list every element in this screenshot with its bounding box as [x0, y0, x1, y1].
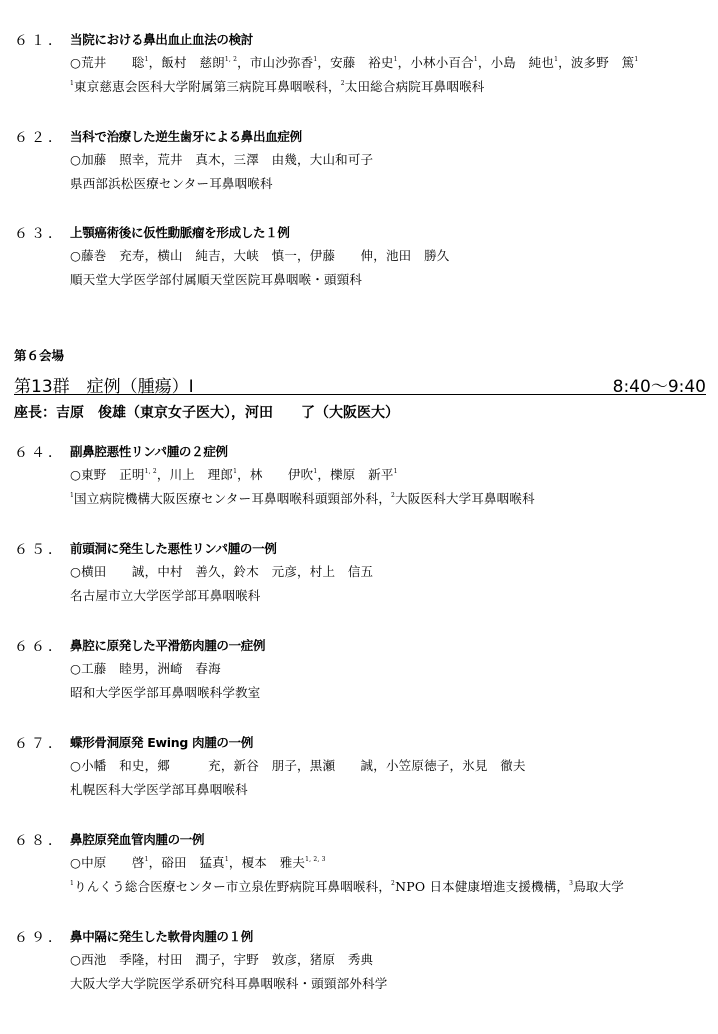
presentation-title: 鼻中隔に発生した軟骨肉腫の１例	[70, 928, 253, 946]
presentation-number: ６９．	[14, 928, 65, 946]
author-list: ○荒井 聡1，飯村 慈朗1, 2，市山沙弥香1，安藤 裕史1，小林小百合1，小島…	[70, 54, 638, 72]
author-name: 三澤 由幾	[234, 152, 298, 167]
author-name: 榎本 雅夫	[242, 855, 306, 870]
affiliation-list: 大阪大学大学院医学系研究科耳鼻咽喉科・頭頸部外科学	[70, 975, 388, 993]
author-name: ○加藤 照幸	[70, 152, 145, 167]
affiliation-name: 札幌医科大学医学部耳鼻咽喉科	[70, 782, 248, 797]
affiliation-marker: 1	[313, 56, 317, 63]
affiliation-list: 1りんくう総合医療センター市立泉佐野病院耳鼻咽喉科，2NPO 日本健康増進支援機…	[70, 878, 624, 896]
presentation-number: ６７．	[14, 734, 65, 752]
author-name: 郷 充	[157, 758, 221, 773]
presentation-number: ６５．	[14, 540, 65, 558]
presentation-title: 鼻腔に原発した平滑筋肉腫の一症例	[70, 637, 265, 655]
affiliation-name: 大阪医科大学耳鼻咽喉科	[395, 491, 535, 506]
author-name: 伊藤 伸	[310, 248, 374, 263]
presentation-title: 当院における鼻出血止血法の検討	[70, 31, 253, 49]
affiliation-name: 東京慈恵会医科大学附属第三病院耳鼻咽喉科	[74, 79, 328, 94]
affiliation-list: 1国立病院機構大阪医療センター耳鼻咽喉科頭頸部外科，2大阪医科大学耳鼻咽喉科	[70, 490, 535, 508]
affiliation-name: 名古屋市立大学医学部耳鼻咽喉科	[70, 588, 261, 603]
author-name: 波多野 篤	[571, 55, 635, 70]
author-list: ○横田 誠，中村 善久，鈴木 元彦，村上 信五	[70, 563, 373, 581]
affiliation-name: 太田総合病院耳鼻咽喉科	[345, 79, 485, 94]
affiliation-marker: 1	[554, 56, 558, 63]
author-name: 黒瀬 誠	[310, 758, 374, 773]
author-name: 川上 理郎	[170, 467, 234, 482]
presentation-title: 上顎癌術後に仮性動脈瘤を形成した１例	[70, 224, 290, 242]
affiliation-marker: 1	[634, 56, 638, 63]
author-list: ○小幡 和史，郷 充，新谷 朋子，黒瀬 誠，小笠原徳子，氷見 徹夫	[70, 757, 526, 775]
author-name: 村上 信五	[310, 564, 374, 579]
affiliation-list: 昭和大学医学部耳鼻咽喉科学教室	[70, 684, 261, 702]
author-name: 大山和可子	[310, 152, 374, 167]
presentation-title: 鼻腔原発血管肉腫の一例	[70, 831, 204, 849]
author-list: ○加藤 照幸，荒井 真木，三澤 由幾，大山和可子	[70, 151, 373, 169]
presentation-title: 前頭洞に発生した悪性リンパ腫の一例	[70, 540, 277, 558]
author-name: 横山 純吉	[157, 248, 221, 263]
affiliation-name: 国立病院機構大阪医療センター耳鼻咽喉科頭頸部外科	[74, 491, 378, 506]
author-name: 市山沙弥香	[250, 55, 314, 70]
author-name: 宇野 敦彦	[234, 952, 298, 967]
author-name: ○小幡 和史	[70, 758, 145, 773]
presentation-number: ６６．	[14, 637, 65, 655]
affiliation-list: 1東京慈恵会医科大学附属第三病院耳鼻咽喉科，2太田総合病院耳鼻咽喉科	[70, 78, 484, 96]
presentation-number: ６２．	[14, 128, 65, 146]
author-name: 安藤 裕史	[330, 55, 394, 70]
affiliation-name: 順天堂大学医学部付属順天堂医院耳鼻咽喉・頭頸科	[70, 272, 362, 287]
presentation-number: ６３．	[14, 224, 65, 242]
affiliation-marker: 1, 2	[225, 56, 237, 63]
session-time: 8:40〜9:40	[613, 372, 706, 397]
author-name: 櫟原 新平	[330, 467, 394, 482]
presentation-title: 副鼻腔悪性リンパ腫の２症例	[70, 443, 228, 461]
author-name: 大峡 慎一	[234, 248, 298, 263]
author-name: ○東野 正明	[70, 467, 145, 482]
affiliation-marker: 1	[233, 468, 237, 475]
presentation-number: ６８．	[14, 831, 65, 849]
author-name: 林 伊吹	[250, 467, 314, 482]
author-name: 硲田 猛真	[161, 855, 225, 870]
affiliation-list: 札幌医科大学医学部耳鼻咽喉科	[70, 781, 248, 799]
affiliation-name: 昭和大学医学部耳鼻咽喉科学教室	[70, 685, 261, 700]
affiliation-marker: 1	[394, 56, 398, 63]
venue-label: 第６会場	[14, 346, 64, 364]
author-name: ○西池 季隆	[70, 952, 145, 967]
affiliation-marker: 1	[225, 856, 229, 863]
author-name: 荒井 真木	[157, 152, 221, 167]
author-name: 中村 善久	[157, 564, 221, 579]
presentation-title: 蝶形骨洞原発 Ewing 肉腫の一例	[70, 734, 253, 752]
affiliation-name: りんくう総合医療センター市立泉佐野病院耳鼻咽喉科	[74, 879, 378, 894]
affiliation-marker: 1, 2, 3	[305, 856, 325, 863]
author-name: 鈴木 元彦	[234, 564, 298, 579]
presentation-number: ６４．	[14, 443, 65, 461]
affiliation-name: NPO 日本健康増進支援機構	[395, 879, 556, 894]
presentation-number: ６１．	[14, 31, 65, 49]
affiliation-marker: 1	[145, 56, 149, 63]
session-title: 第13群 症例（腫瘍）Ⅰ	[14, 372, 194, 397]
author-list: ○西池 季隆，村田 潤子，宇野 敦彦，猪原 秀典	[70, 951, 373, 969]
author-name: 洲崎 春海	[157, 661, 221, 676]
session-chairs: 座長：吉原 俊雄（東京女子医大），河田 了（大阪医大）	[14, 402, 399, 422]
author-name: 小林小百合	[410, 55, 474, 70]
author-name: 小島 純也	[491, 55, 555, 70]
author-name: 村田 潤子	[157, 952, 221, 967]
author-name: 飯村 慈朗	[161, 55, 225, 70]
author-list: ○中原 啓1，硲田 猛真1，榎本 雅夫1, 2, 3	[70, 854, 326, 872]
affiliation-list: 県西部浜松医療センター耳鼻咽喉科	[70, 175, 273, 193]
author-list: ○工藤 睦男，洲崎 春海	[70, 660, 221, 678]
affiliation-marker: 1	[474, 56, 478, 63]
author-name: 新谷 朋子	[234, 758, 298, 773]
author-list: ○東野 正明1, 2，川上 理郎1，林 伊吹1，櫟原 新平1	[70, 466, 398, 484]
author-name: ○中原 啓	[70, 855, 145, 870]
author-name: ○荒井 聡	[70, 55, 145, 70]
affiliation-name: 県西部浜松医療センター耳鼻咽喉科	[70, 176, 273, 191]
affiliation-list: 順天堂大学医学部付属順天堂医院耳鼻咽喉・頭頸科	[70, 271, 362, 289]
affiliation-list: 名古屋市立大学医学部耳鼻咽喉科	[70, 587, 261, 605]
author-name: 池田 勝久	[386, 248, 450, 263]
presentation-title: 当科で治療した逆生歯牙による鼻出血症例	[70, 128, 302, 146]
author-name: 氷見 徹夫	[462, 758, 526, 773]
session-header: 第13群 症例（腫瘍）Ⅰ 8:40〜9:40	[14, 370, 706, 395]
author-name: ○藤巻 充寿	[70, 248, 145, 263]
affiliation-name: 鳥取大学	[573, 879, 624, 894]
author-list: ○藤巻 充寿，横山 純吉，大峡 慎一，伊藤 伸，池田 勝久	[70, 247, 449, 265]
affiliation-marker: 1	[145, 856, 149, 863]
author-name: 猪原 秀典	[310, 952, 374, 967]
affiliation-name: 大阪大学大学院医学系研究科耳鼻咽喉科・頭頸部外科学	[70, 976, 388, 991]
author-name: ○工藤 睦男	[70, 661, 145, 676]
affiliation-marker: 1, 2	[145, 468, 157, 475]
affiliation-marker: 1	[313, 468, 317, 475]
author-name: ○横田 誠	[70, 564, 145, 579]
affiliation-marker: 1	[394, 468, 398, 475]
author-name: 小笠原徳子	[386, 758, 450, 773]
